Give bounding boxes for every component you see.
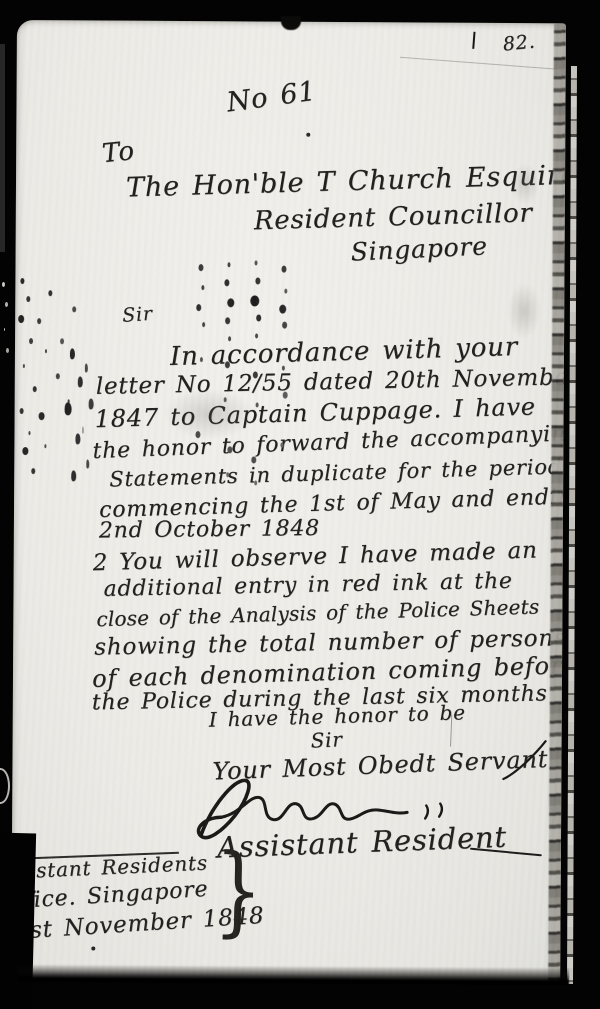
docket-line: fice. Singapore [24, 879, 209, 913]
body-line: of each denomination coming before [92, 653, 566, 691]
docket-brace: } [213, 841, 264, 940]
scanned-letter-page: 82. No 61 To The Hon'ble T Church Esquir… [0, 0, 600, 1009]
gray-smudge [164, 389, 254, 440]
edge-white-specks [2, 282, 5, 287]
paper-bottom-shadow [17, 964, 569, 985]
address-line-place: Singapore [350, 233, 488, 264]
ink-specks-left-margin [70, 348, 75, 359]
docket-line: istant Residents [28, 853, 208, 881]
pen-tail [470, 848, 542, 857]
body-line: 2 You will observe I have made an [92, 539, 537, 575]
body-line: additional entry in red ink at the [103, 571, 513, 601]
underlying-page-edge [567, 66, 577, 984]
docket-strike [27, 852, 179, 860]
pen-flourish [500, 739, 548, 781]
address-line-recipient: The Hon'ble T Church Esquire [126, 162, 566, 202]
body-line: the honor to forward the accompanying [92, 423, 566, 463]
body-line: the Police during the last six months [92, 683, 548, 714]
body-line: showing the total number of persons [94, 627, 566, 659]
body-line: In accordance with your [170, 334, 519, 370]
scan-scratch [450, 715, 452, 747]
ink-dot [306, 133, 310, 137]
signature-scrawl [185, 773, 465, 847]
signer-title: Assistant Resident [217, 823, 508, 863]
scan-scratch [400, 57, 560, 70]
binding-shadow-band [0, 833, 36, 1009]
closing-line: Your Most Obedt Servant [212, 747, 548, 784]
salutation: Sir [122, 305, 154, 326]
paper-rough-edge [548, 23, 566, 981]
edge-white-arc [0, 768, 10, 804]
body-line: Statements in duplicate for the period [109, 456, 562, 490]
ink-dot [91, 946, 95, 950]
closing-sir: Sir [310, 729, 343, 750]
address-to: To [101, 138, 136, 167]
folio-number: 82. [502, 33, 536, 55]
gray-smudge [507, 283, 541, 339]
paper-sheet: 82. No 61 To The Hon'ble T Church Esquir… [11, 20, 566, 981]
letter-number: No 61 [225, 78, 318, 117]
gray-smudge [510, 163, 540, 205]
pen-tick [472, 32, 475, 49]
closing-line: I have the honor to be [209, 702, 467, 729]
body-line: 1847 to Captain Cuppage. I have [94, 394, 536, 431]
docket-line: 1st November 1848 [14, 905, 265, 944]
scan-edge-sliver [0, 44, 5, 252]
body-line: letter No 12/55 dated 20th November [96, 366, 566, 399]
ink-specks-left-margin [20, 278, 24, 284]
ink-bleedthrough-columns [198, 264, 203, 271]
body-line: close of the Analysis of the Police Shee… [96, 596, 539, 629]
body-line: commencing the 1st of May and ending [99, 486, 566, 522]
address-line-title: Resident Councillor [253, 200, 533, 234]
body-line: 2nd October 1848 [99, 518, 320, 543]
